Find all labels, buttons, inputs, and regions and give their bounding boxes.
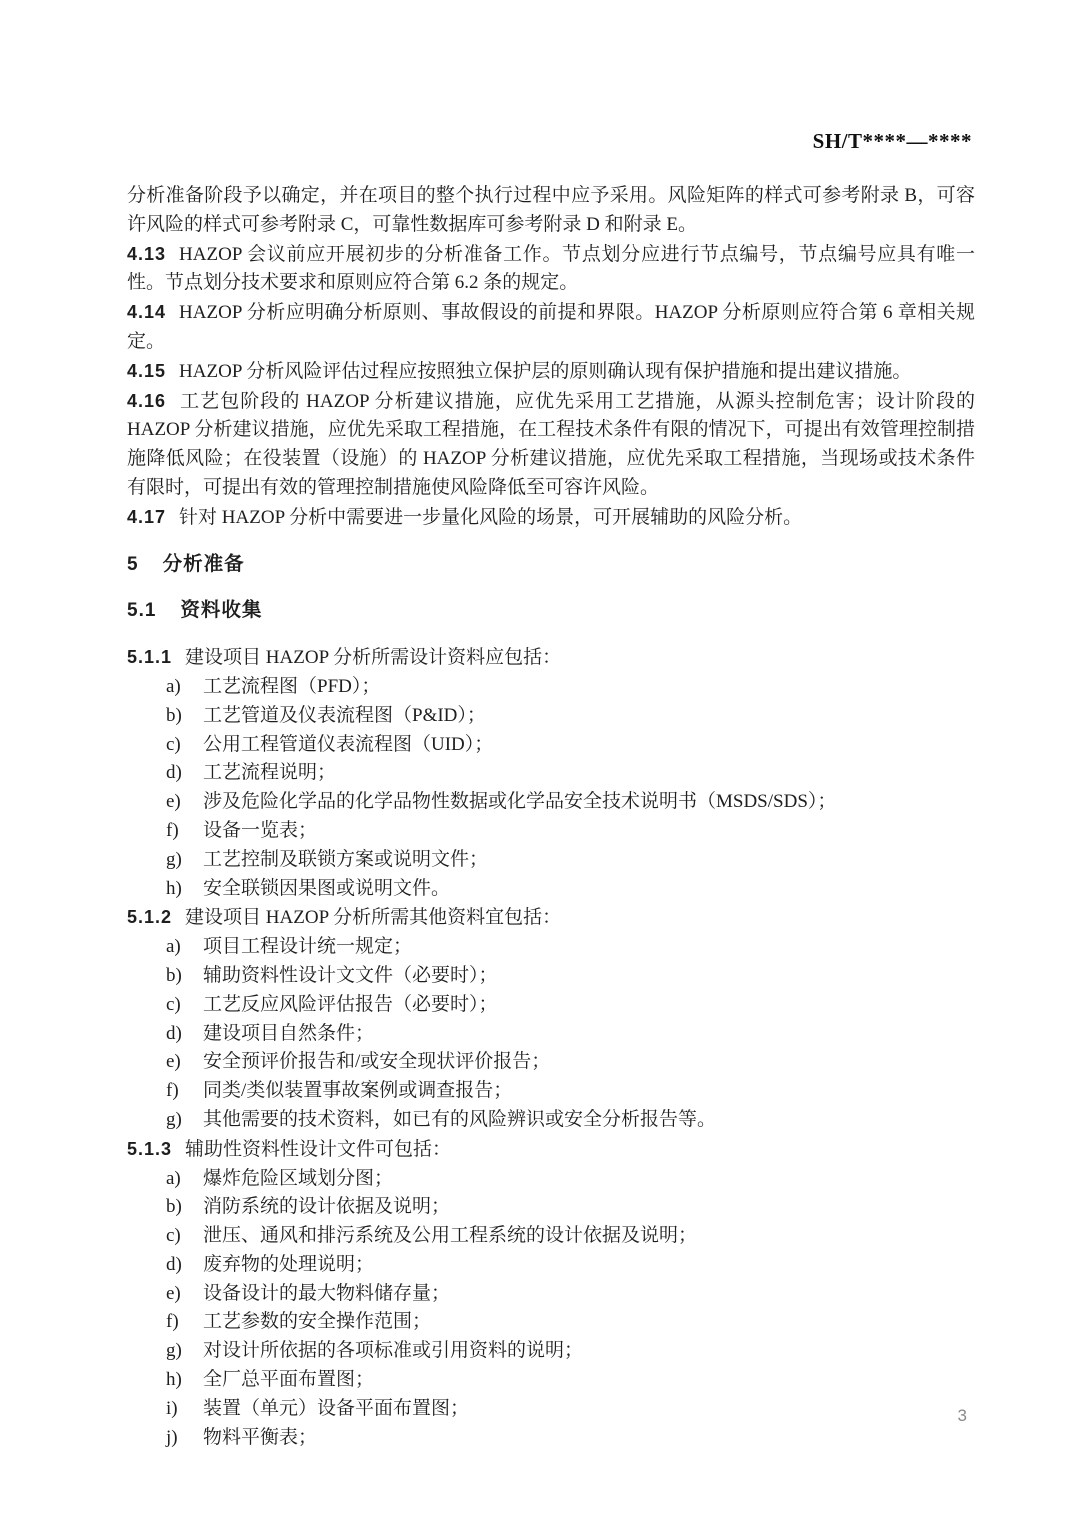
item-letter: e) <box>166 1048 203 1077</box>
item-letter: j) <box>166 1424 203 1453</box>
clause-number: 4.17 <box>127 507 166 527</box>
list-item: f)工艺参数的安全操作范围； <box>127 1308 975 1337</box>
list-item: g)其他需要的技术资料，如已有的风险辨识或安全分析报告等。 <box>127 1106 975 1135</box>
item-text: 装置（单元）设备平面布置图； <box>203 1395 975 1424</box>
item-letter: a) <box>166 933 203 962</box>
item-text: 工艺控制及联锁方案或说明文件； <box>203 846 975 875</box>
document-body: 分析准备阶段予以确定，并在项目的整个执行过程中应予采用。风险矩阵的样式可参考附录… <box>127 182 975 1452</box>
item-text: 建设项目自然条件； <box>203 1020 975 1049</box>
document-page: SH/T****—**** 分析准备阶段予以确定，并在项目的整个执行过程中应予采… <box>0 0 1080 1524</box>
item-text: 涉及危险化学品的化学品物性数据或化学品安全技术说明书（MSDS/SDS）； <box>203 788 975 817</box>
item-letter: d) <box>166 759 203 788</box>
clause: 5.1.2建设项目 HAZOP 分析所需其他资料宜包括： <box>127 903 975 933</box>
item-text: 安全预评价报告和/或安全现状评价报告； <box>203 1048 975 1077</box>
item-letter: c) <box>166 731 203 760</box>
list-item: e)安全预评价报告和/或安全现状评价报告； <box>127 1048 975 1077</box>
list-item: c)公用工程管道仪表流程图（UID）； <box>127 731 975 760</box>
item-letter: c) <box>166 991 203 1020</box>
item-text: 工艺反应风险评估报告（必要时）； <box>203 991 975 1020</box>
item-text: 辅助资料性设计文文件（必要时）； <box>203 962 975 991</box>
list-item: h)全厂总平面布置图； <box>127 1366 975 1395</box>
clause: 4.15HAZOP 分析风险评估过程应按照独立保护层的原则确认现有保护措施和提出… <box>127 357 975 387</box>
clause-number: 4.15 <box>127 361 166 381</box>
clause: 5.1.3辅助性资料性设计文件可包括： <box>127 1135 975 1165</box>
item-text: 公用工程管道仪表流程图（UID）； <box>203 731 975 760</box>
clause: 4.13HAZOP 会议前应开展初步的分析准备工作。节点划分应进行节点编号，节点… <box>127 240 975 299</box>
clause-number: 5.1.2 <box>127 907 172 927</box>
item-letter: i) <box>166 1395 203 1424</box>
item-letter: d) <box>166 1251 203 1280</box>
item-text: 设备一览表； <box>203 817 975 846</box>
list-item: g)工艺控制及联锁方案或说明文件； <box>127 846 975 875</box>
item-letter: b) <box>166 1193 203 1222</box>
item-text: 消防系统的设计依据及说明； <box>203 1193 975 1222</box>
item-letter: h) <box>166 1366 203 1395</box>
doc-code-header: SH/T****—**** <box>813 129 972 154</box>
item-letter: a) <box>166 1165 203 1194</box>
item-text: 设备设计的最大物料储存量； <box>203 1280 975 1309</box>
item-letter: f) <box>166 1308 203 1337</box>
clause: 4.17针对 HAZOP 分析中需要进一步量化风险的场景，可开展辅助的风险分析。 <box>127 503 975 533</box>
item-text: 工艺流程图（PFD）； <box>203 673 975 702</box>
list-item: c)工艺反应风险评估报告（必要时）； <box>127 991 975 1020</box>
item-text: 工艺参数的安全操作范围； <box>203 1308 975 1337</box>
list-item: g)对设计所依据的各项标准或引用资料的说明； <box>127 1337 975 1366</box>
list-item: e)设备设计的最大物料储存量； <box>127 1280 975 1309</box>
clause-text: HAZOP 分析应明确分析原则、事故假设的前提和界限。HAZOP 分析原则应符合… <box>127 302 975 352</box>
clause-text: 辅助性资料性设计文件可包括： <box>185 1139 451 1160</box>
clause-number: 5.1 <box>127 600 156 621</box>
item-text: 全厂总平面布置图； <box>203 1366 975 1395</box>
clause: 4.16工艺包阶段的 HAZOP 分析建议措施，应优先采用工艺措施，从源头控制危… <box>127 387 975 503</box>
list-item: e)涉及危险化学品的化学品物性数据或化学品安全技术说明书（MSDS/SDS）； <box>127 788 975 817</box>
clause-text: 工艺包阶段的 HAZOP 分析建议措施，应优先采用工艺措施，从源头控制危害；设计… <box>127 391 975 498</box>
item-letter: f) <box>166 817 203 846</box>
clause: 5.1.1建设项目 HAZOP 分析所需设计资料应包括： <box>127 643 975 673</box>
item-text: 爆炸危险区域划分图； <box>203 1165 975 1194</box>
item-letter: g) <box>166 1106 203 1135</box>
list-item: c)泄压、通风和排污系统及公用工程系统的设计依据及说明； <box>127 1222 975 1251</box>
section-heading: 5.1资料收集 <box>127 596 975 626</box>
paragraph: 分析准备阶段予以确定，并在项目的整个执行过程中应予采用。风险矩阵的样式可参考附录… <box>127 182 975 240</box>
page-number: 3 <box>958 1406 967 1426</box>
item-letter: e) <box>166 1280 203 1309</box>
clause-text: 建设项目 HAZOP 分析所需其他资料宜包括： <box>185 907 561 928</box>
clause-number: 4.13 <box>127 244 166 264</box>
item-text: 对设计所依据的各项标准或引用资料的说明； <box>203 1337 975 1366</box>
item-letter: b) <box>166 962 203 991</box>
list-item: a)爆炸危险区域划分图； <box>127 1165 975 1194</box>
clause-number: 5.1.1 <box>127 647 172 667</box>
item-letter: e) <box>166 788 203 817</box>
list-item: d)建设项目自然条件； <box>127 1020 975 1049</box>
list-item: b)辅助资料性设计文文件（必要时）； <box>127 962 975 991</box>
list-item: h)安全联锁因果图或说明文件。 <box>127 875 975 904</box>
list-item: b)工艺管道及仪表流程图（P&ID）； <box>127 702 975 731</box>
list-item: d)工艺流程说明； <box>127 759 975 788</box>
item-text: 项目工程设计统一规定； <box>203 933 975 962</box>
item-letter: b) <box>166 702 203 731</box>
list-item: a)项目工程设计统一规定； <box>127 933 975 962</box>
item-letter: a) <box>166 673 203 702</box>
clause-text: HAZOP 会议前应开展初步的分析准备工作。节点划分应进行节点编号，节点编号应具… <box>127 244 975 294</box>
clause: 4.14HAZOP 分析应明确分析原则、事故假设的前提和界限。HAZOP 分析原… <box>127 298 975 357</box>
item-text: 工艺流程说明； <box>203 759 975 788</box>
list-item: b)消防系统的设计依据及说明； <box>127 1193 975 1222</box>
list-item: a)工艺流程图（PFD）； <box>127 673 975 702</box>
list-item: d)废弃物的处理说明； <box>127 1251 975 1280</box>
clause-number: 5 <box>127 554 139 575</box>
clause-text: 建设项目 HAZOP 分析所需设计资料应包括： <box>185 647 561 668</box>
item-letter: c) <box>166 1222 203 1251</box>
item-text: 泄压、通风和排污系统及公用工程系统的设计依据及说明； <box>203 1222 975 1251</box>
item-letter: f) <box>166 1077 203 1106</box>
item-text: 其他需要的技术资料，如已有的风险辨识或安全分析报告等。 <box>203 1106 975 1135</box>
clause-text: 针对 HAZOP 分析中需要进一步量化风险的场景，可开展辅助的风险分析。 <box>179 507 802 528</box>
heading-text: 资料收集 <box>180 599 262 621</box>
clause-number: 4.16 <box>127 391 166 411</box>
section-heading: 5分析准备 <box>127 550 975 580</box>
item-text: 废弃物的处理说明； <box>203 1251 975 1280</box>
item-letter: g) <box>166 846 203 875</box>
list-item: i)装置（单元）设备平面布置图； <box>127 1395 975 1424</box>
clause-number: 5.1.3 <box>127 1139 172 1159</box>
list-item: f)设备一览表； <box>127 817 975 846</box>
item-text: 物料平衡表； <box>203 1424 975 1453</box>
clause-number: 4.14 <box>127 302 166 322</box>
item-text: 安全联锁因果图或说明文件。 <box>203 875 975 904</box>
item-letter: d) <box>166 1020 203 1049</box>
list-item: j)物料平衡表； <box>127 1424 975 1453</box>
clause-text: HAZOP 分析风险评估过程应按照独立保护层的原则确认现有保护措施和提出建议措施… <box>179 361 911 382</box>
item-text: 同类/类似装置事故案例或调查报告； <box>203 1077 975 1106</box>
item-letter: g) <box>166 1337 203 1366</box>
item-letter: h) <box>166 875 203 904</box>
list-item: f)同类/类似装置事故案例或调查报告； <box>127 1077 975 1106</box>
heading-text: 分析准备 <box>163 553 245 575</box>
item-text: 工艺管道及仪表流程图（P&ID）； <box>203 702 975 731</box>
